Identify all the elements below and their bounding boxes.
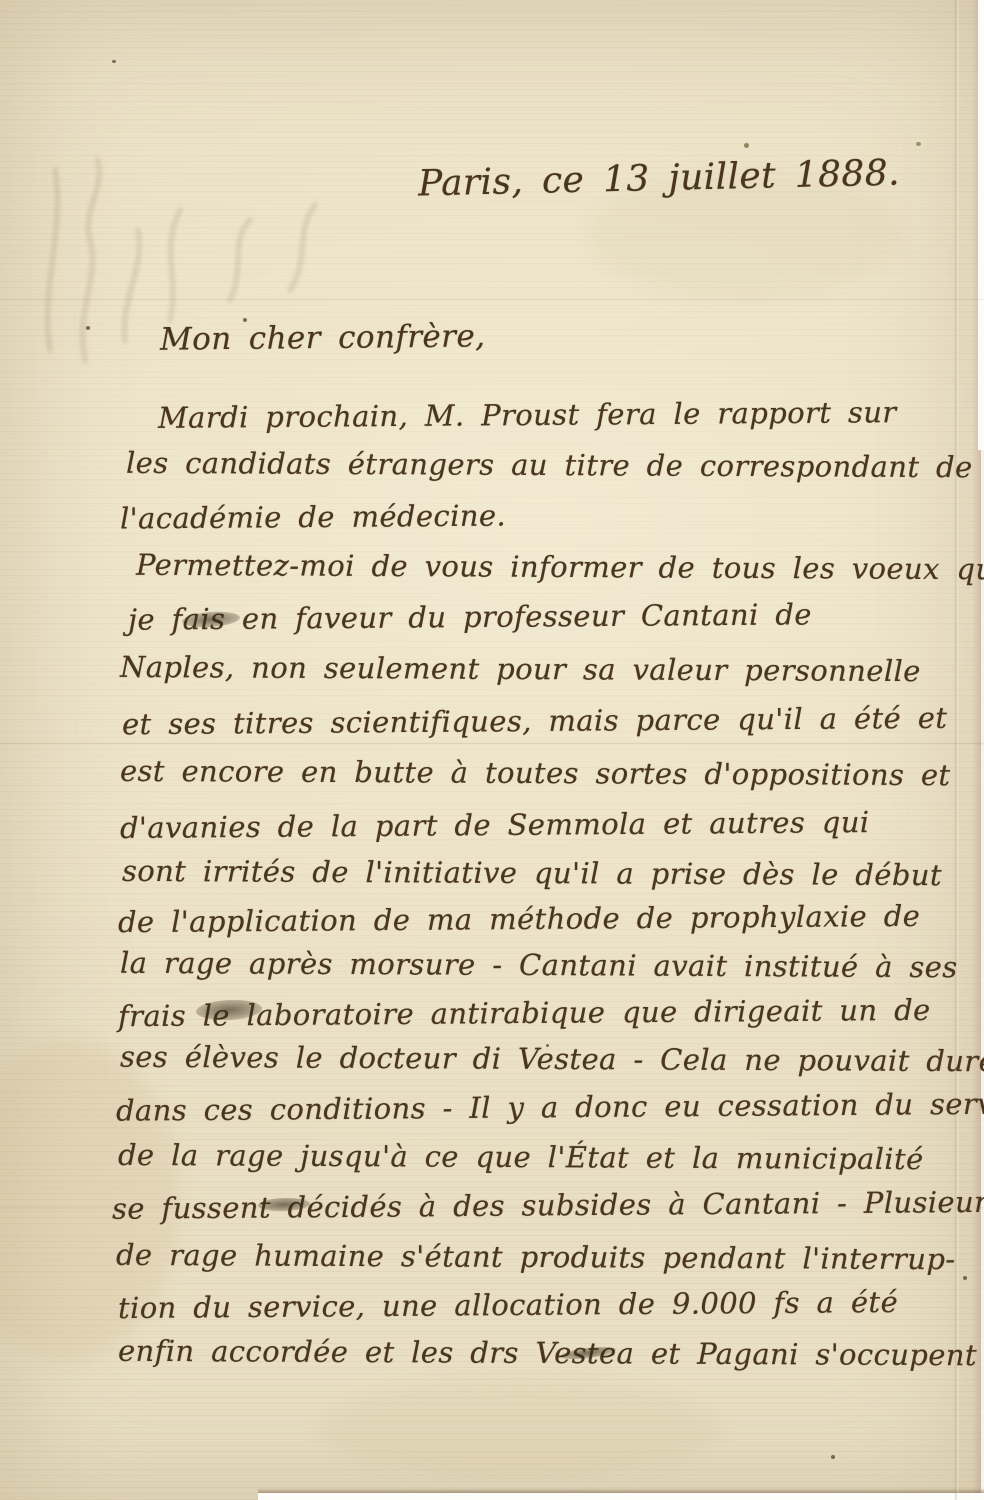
handwriting-line: de l'application de ma méthode de prophy… (118, 899, 921, 939)
manuscript-page: Paris, ce 13 juillet 1888. Mon cher conf… (0, 0, 984, 1500)
handwriting-line: Naples, non seulement pour sa valeur per… (120, 650, 921, 688)
handwriting-line: Mardi prochain, M. Proust fera le rappor… (158, 395, 897, 435)
handwriting-line: tion du service, une allocation de 9.000… (118, 1285, 898, 1325)
handwriting-line: d'avanies de la part de Semmola et autre… (120, 805, 870, 845)
handwriting-line: les candidats étrangers au titre de corr… (126, 446, 973, 484)
handwriting-line: enfin accordée et les drs Vestea et Paga… (118, 1334, 977, 1372)
handwriting-line: dans ces conditions - Il y a donc eu ces… (116, 1086, 984, 1127)
letter-body: Mardi prochain, M. Proust fera le rappor… (0, 0, 984, 1500)
handwriting-line: Permettez-moi de vous informer de tous l… (136, 548, 984, 587)
handwriting-line: la rage après morsure - Cantani avait in… (120, 946, 958, 984)
handwriting-line: de la rage jusqu'à ce que l'État et la m… (118, 1138, 924, 1176)
handwriting-line: ses élèves le docteur di Vestea - Cela n… (120, 1040, 984, 1079)
handwriting-line: de rage humaine s'étant produits pendant… (116, 1238, 956, 1276)
handwriting-line: sont irrités de l'initiative qu'il a pri… (122, 854, 942, 892)
handwriting-line: se fussent décidés à des subsides à Cant… (112, 1184, 984, 1226)
handwriting-line: est encore en butte à toutes sortes d'op… (120, 754, 951, 792)
handwriting-line: l'académie de médecine. (120, 498, 506, 535)
handwriting-line: et ses titres scientifiques, mais parce … (122, 701, 948, 741)
